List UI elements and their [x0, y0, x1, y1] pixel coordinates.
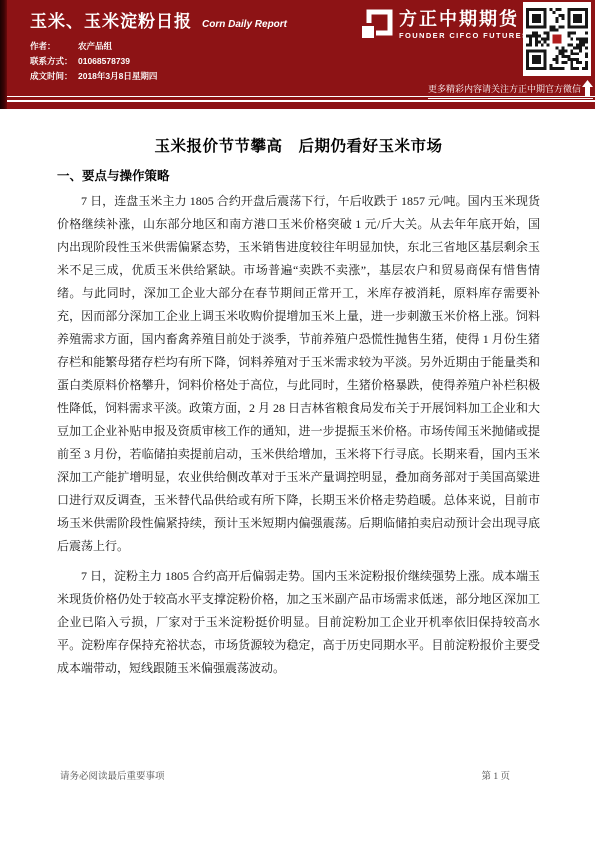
section-title: 一、要点与操作策略: [57, 166, 540, 184]
masthead: 玉米、玉米淀粉日报 Corn Daily Report 作者： 农产品组 联系方…: [30, 7, 287, 84]
meta-row-contact: 联系方式： 01068578739: [30, 54, 287, 69]
meta-row-author: 作者： 农产品组: [30, 39, 287, 54]
qr-pattern: [526, 5, 588, 73]
meta-label: 成文时间：: [30, 69, 78, 84]
paragraph-starch: 7 日，淀粉主力 1805 合约高开后偏弱走势。国内玉米淀粉报价继续强势上涨。成…: [57, 565, 540, 680]
report-page: 玉米、玉米淀粉日报 Corn Daily Report 作者： 农产品组 联系方…: [0, 0, 595, 842]
up-arrow-icon: [582, 80, 593, 96]
meta-value: 2018年3月8日星期四: [78, 69, 157, 84]
report-meta: 作者： 农产品组 联系方式： 01068578739 成文时间： 2018年3月…: [30, 39, 287, 84]
wechat-qr-code: [523, 2, 591, 76]
header-left-edge-shadow: [0, 0, 7, 109]
meta-label: 作者：: [30, 39, 78, 54]
brand-text: 方正中期期货 FOUNDER CIFCO FUTURES: [399, 9, 528, 40]
meta-value: 01068578739: [78, 54, 130, 69]
brand-name-en: FOUNDER CIFCO FUTURES: [399, 31, 528, 40]
wechat-note-text: 更多精彩内容请关注方正中期官方微信: [428, 82, 581, 95]
report-subtitle-en: Corn Daily Report: [202, 19, 287, 30]
paragraph-corn: 7 日，连盘玉米主力 1805 合约开盘后震荡下行，午后收跌于 1857 元/吨…: [57, 190, 540, 558]
brand-logo: 方正中期期货 FOUNDER CIFCO FUTURES: [360, 9, 528, 41]
footer-disclaimer: 请务必阅读最后重要事项: [60, 768, 165, 782]
brand-name: 方正中期期货: [399, 9, 528, 29]
founder-logo-icon: [360, 9, 394, 41]
report-title: 玉米、玉米淀粉日报: [30, 7, 192, 32]
article: 玉米报价节节攀高 后期仍看好玉米市场 一、要点与操作策略 7 日，连盘玉米主力 …: [57, 130, 540, 680]
wechat-follow-note: 更多精彩内容请关注方正中期官方微信: [428, 80, 593, 99]
header-divider-stripe: [0, 102, 595, 109]
meta-label: 联系方式：: [30, 54, 78, 69]
meta-value: 农产品组: [78, 39, 112, 54]
article-headline: 玉米报价节节攀高 后期仍看好玉米市场: [57, 134, 540, 156]
footer-page-number: 第 1 页: [481, 768, 510, 782]
page-footer: 请务必阅读最后重要事项 第 1 页: [60, 768, 510, 782]
meta-row-date: 成文时间： 2018年3月8日星期四: [30, 69, 287, 84]
